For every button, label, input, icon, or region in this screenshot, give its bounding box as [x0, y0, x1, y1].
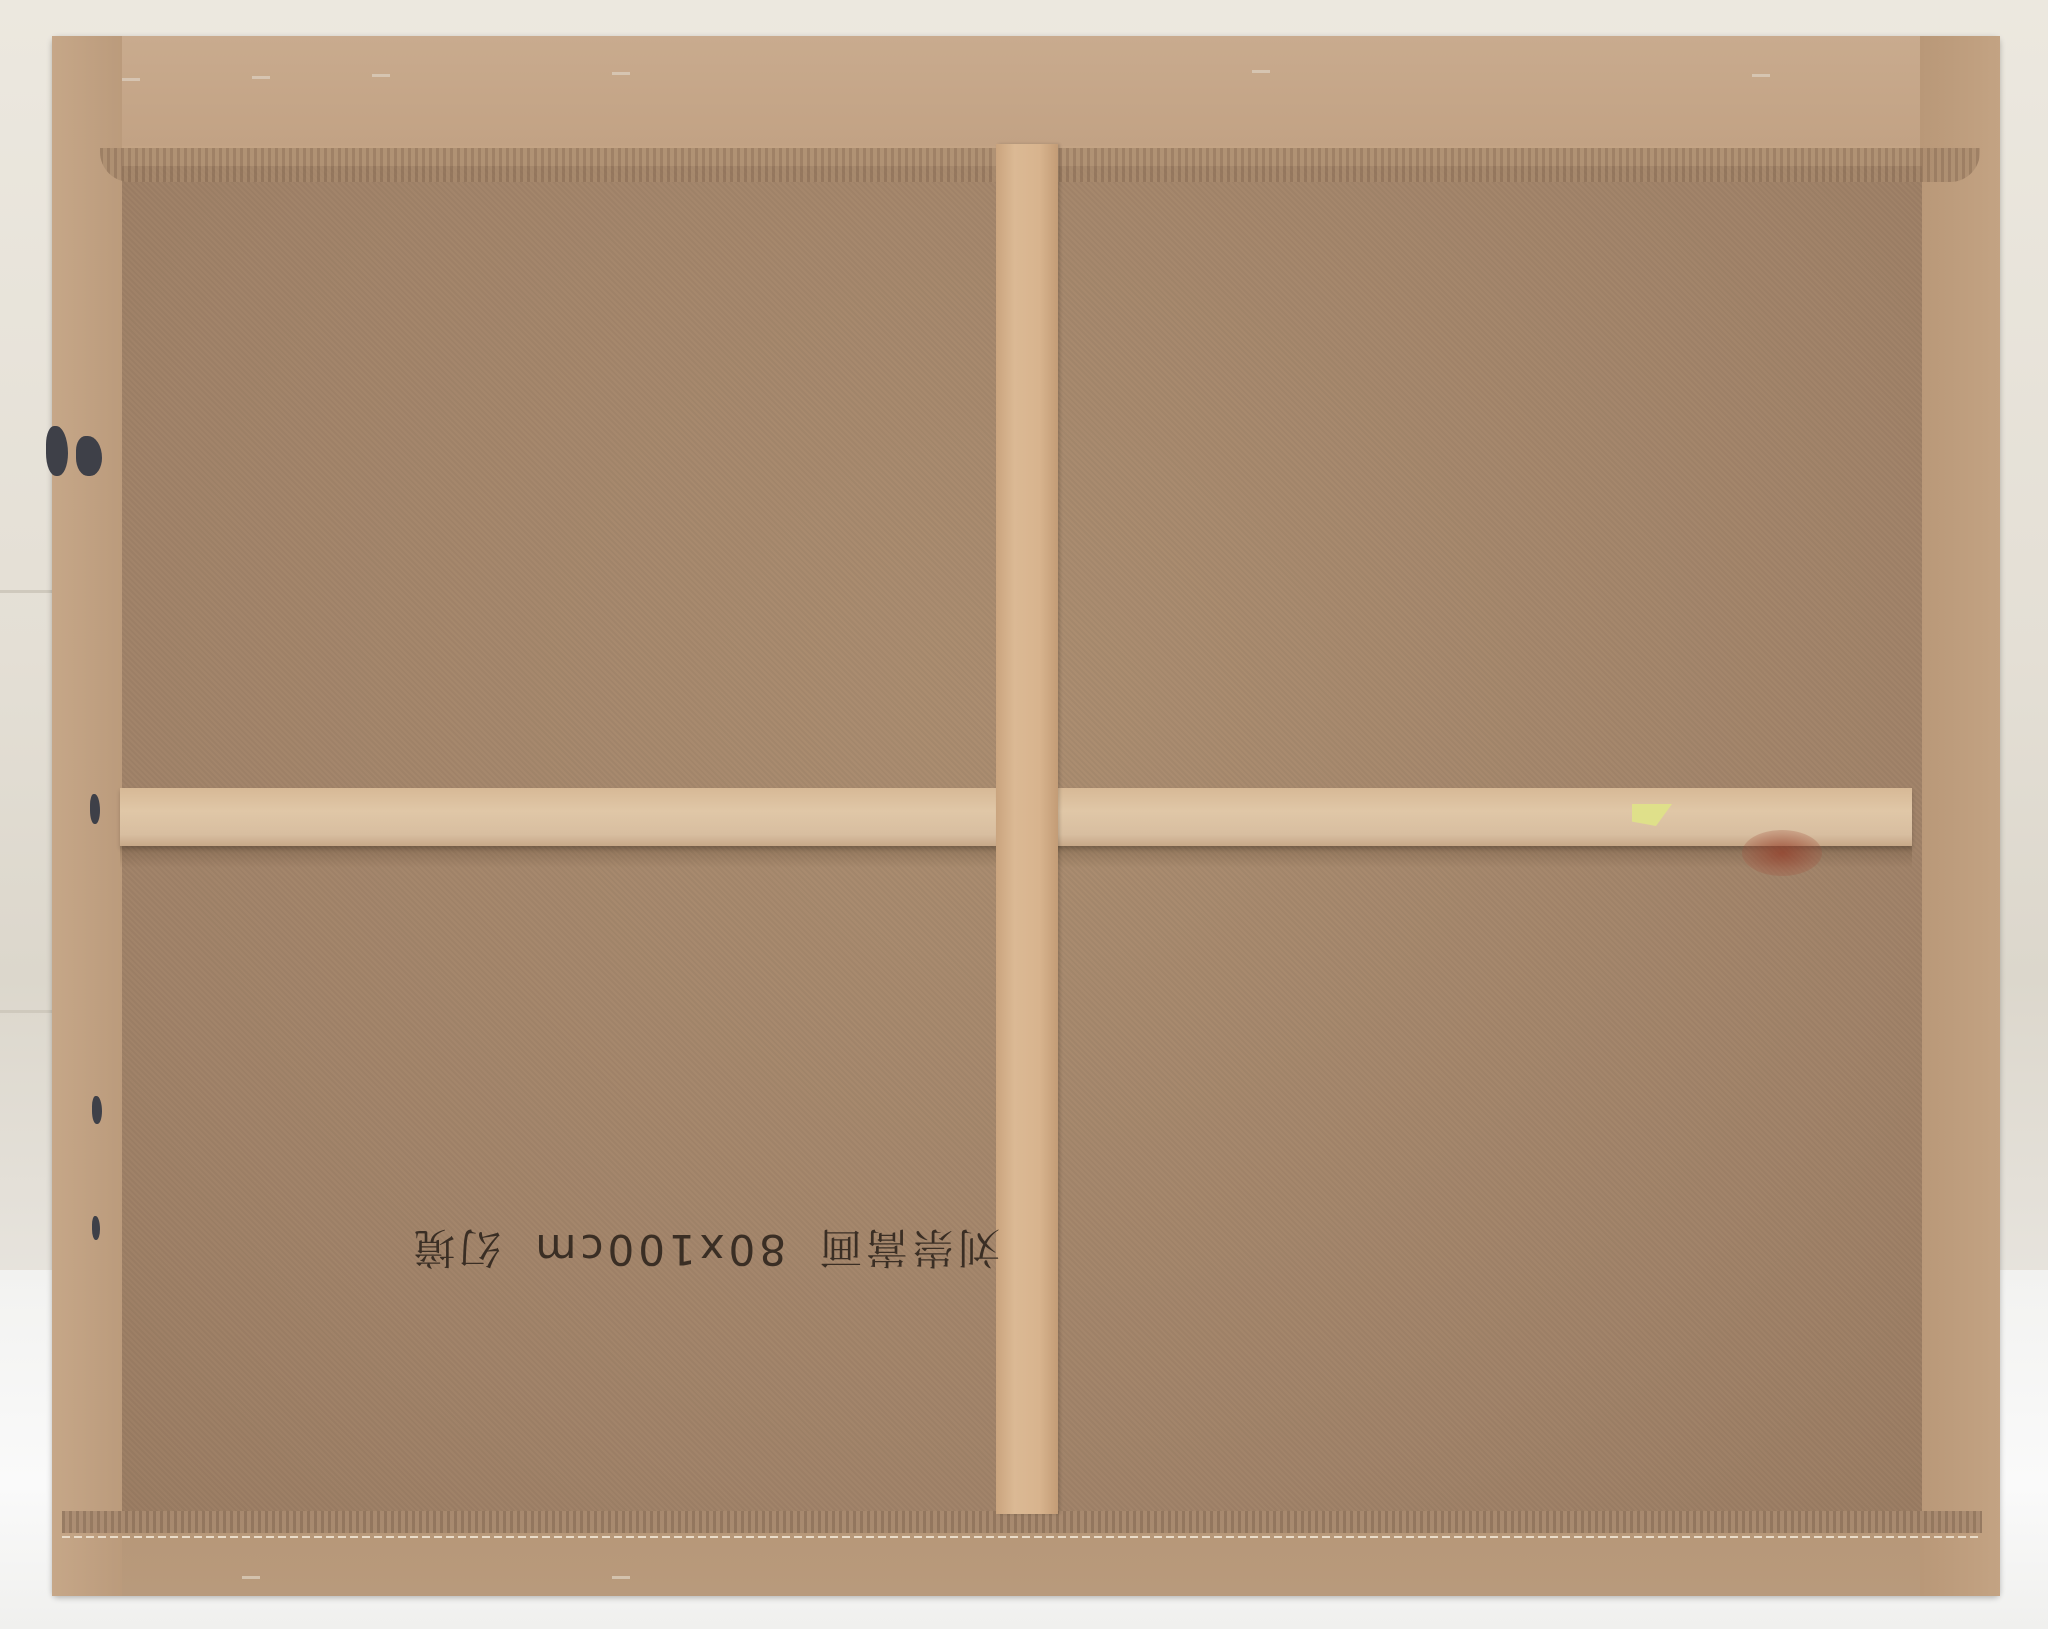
canvas-back: [52, 36, 2000, 1596]
staple: [122, 78, 140, 81]
inscription-note: 幻境: [410, 1220, 502, 1280]
inscription-title: 刘崇嵩画: [816, 1220, 1000, 1280]
paint-spot: [92, 1216, 100, 1240]
wall-tile-seam: [0, 590, 60, 593]
staple: [612, 72, 630, 75]
paint-spot: [90, 794, 100, 824]
red-stain: [1742, 830, 1822, 876]
paint-spot: [46, 426, 68, 476]
handwritten-inscription: 刘崇嵩画 80x100cm 幻境: [290, 1195, 1000, 1305]
frayed-edge-bottom: [62, 1511, 1982, 1533]
staple: [1252, 70, 1270, 73]
canvas-folded-edge-right: [1920, 36, 2000, 1596]
staple: [1752, 74, 1770, 77]
wall-tile-seam: [0, 1010, 60, 1013]
stretcher-crossbar-vertical: [996, 144, 1058, 1514]
staple: [252, 76, 270, 79]
paint-spot: [76, 436, 102, 476]
stitch-line: [62, 1536, 1982, 1538]
paint-spot: [92, 1096, 102, 1124]
staple: [372, 74, 390, 77]
canvas-folded-edge-left: [52, 36, 122, 1596]
staple: [242, 1576, 260, 1579]
inscription-size: 80x100cm: [532, 1226, 786, 1275]
canvas-folded-edge-top: [52, 36, 2000, 146]
staple: [612, 1576, 630, 1579]
